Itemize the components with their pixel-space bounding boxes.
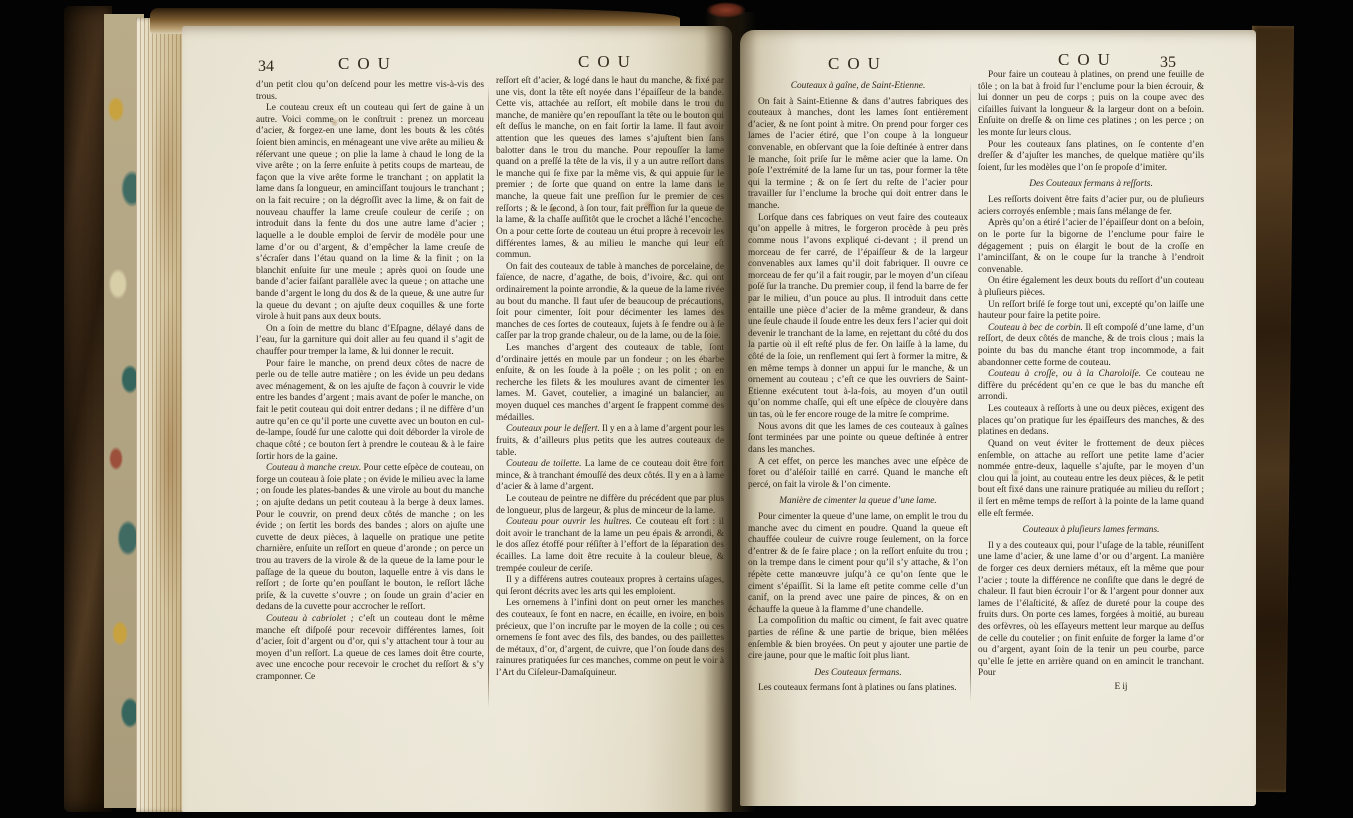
paragraph: Le couteau creux eſt un couteau qui ſert… bbox=[256, 103, 484, 324]
left-page: 34 COU COU d’un petit clou qu’on deſcend… bbox=[182, 26, 732, 812]
paragraph: Pour cimenter la queue d’une lame, on em… bbox=[748, 512, 968, 616]
text-column-3: Couteaux à gaîne, de Saint-Etienne.On fa… bbox=[748, 76, 968, 716]
paragraph: Couteau à bec de corbin. Il eſt compoſé … bbox=[978, 323, 1204, 369]
paragraph: Quand on veut éviter le frottement de de… bbox=[978, 439, 1204, 520]
paragraph: Un reſſort briſé ſe forge tout uni, exce… bbox=[978, 300, 1204, 323]
text-column-2: reſſort eſt d’acier, & logé dans le haut… bbox=[496, 76, 724, 716]
paragraph: Il y a différens autres couteaux propres… bbox=[496, 575, 724, 598]
paragraph-lead: Couteau pour ouvrir les huîtres. bbox=[506, 517, 636, 527]
text-column-1: d’un petit clou qu’on deſcend pour les m… bbox=[256, 80, 484, 716]
right-page: COU COU 35 Couteaux à gaîne, de Saint-Et… bbox=[740, 30, 1256, 806]
section-heading: Manière de cimenter la queue d’une lame. bbox=[756, 496, 960, 508]
running-title-right-col1: COU bbox=[748, 54, 968, 74]
headband bbox=[706, 2, 746, 18]
running-title-left-col2: COU bbox=[494, 52, 722, 72]
paragraph: Pour faire le manche, on prend deux côte… bbox=[256, 359, 484, 463]
paragraph: Couteau à cabriolet ; c’eſt un couteau d… bbox=[256, 614, 484, 684]
paragraph: Couteaux pour le deſſert. Il y en a à la… bbox=[496, 424, 724, 459]
column-divider-right bbox=[970, 82, 971, 702]
section-heading: Des Couteaux fermans. bbox=[756, 668, 960, 680]
section-heading: Couteaux à pluſieurs lames fermans. bbox=[986, 525, 1196, 537]
paragraph: Pour les couteaux ſans platines, on ſe c… bbox=[978, 140, 1204, 175]
paragraph: Nous avons dit que les lames de ces cout… bbox=[748, 422, 968, 457]
paragraph: On a ſoin de mettre du blanc d’Eſpagne, … bbox=[256, 324, 484, 359]
paragraph: A cet effet, on perce les manches avec u… bbox=[748, 457, 968, 492]
paragraph-lead: Couteau à croſſe, ou à la Charoloiſe. bbox=[988, 369, 1146, 379]
paragraph: Après qu’on a étiré l’acier de l’épaiſſe… bbox=[978, 218, 1204, 276]
signature-mark: E ij bbox=[978, 682, 1204, 694]
paragraph: On étire également les deux bouts du reſ… bbox=[978, 276, 1204, 299]
paragraph: On fait à Saint-Etienne & dans d’autres … bbox=[748, 97, 968, 213]
paragraph: Les manches d’argent des couteaux de tab… bbox=[496, 343, 724, 424]
paragraph-lead: Couteau à cabriolet ; bbox=[266, 614, 359, 624]
section-heading: Des Couteaux fermans à reſſorts. bbox=[986, 179, 1196, 191]
photo-of-open-book: 34 COU COU d’un petit clou qu’on deſcend… bbox=[0, 0, 1353, 818]
paragraph-lead: Couteau de toilette. bbox=[506, 459, 585, 469]
column-divider-left bbox=[488, 84, 489, 708]
paragraph: On fait des couteaux de table à manches … bbox=[496, 262, 724, 343]
section-heading: Couteaux à gaîne, de Saint-Etienne. bbox=[756, 81, 960, 93]
paragraph: reſſort eſt d’acier, & logé dans le haut… bbox=[496, 76, 724, 262]
paragraph: Les reſſorts doivent être faits d’acier … bbox=[978, 195, 1204, 218]
paragraph-lead: Couteaux pour le deſſert. bbox=[506, 424, 602, 434]
paragraph-lead: Couteau à bec de corbin. bbox=[988, 323, 1085, 333]
running-title-left-col1: COU bbox=[254, 54, 482, 74]
paragraph: Couteau à croſſe, ou à la Charoloiſe. Ce… bbox=[978, 369, 1204, 404]
paragraph: Pour faire un couteau à platines, on pre… bbox=[978, 70, 1204, 140]
paragraph: Couteau de toilette. La lame de ce coute… bbox=[496, 459, 724, 494]
paragraph: d’un petit clou qu’on deſcend pour les m… bbox=[256, 80, 484, 103]
paragraph: Il y a des couteaux qui, pour l’uſage de… bbox=[978, 541, 1204, 680]
paragraph: Les ornemens à l’infini dont on peut orn… bbox=[496, 598, 724, 679]
paragraph: Les couteaux fermans ſont à platines ou … bbox=[748, 683, 968, 695]
paragraph: Les couteaux à reſſorts à une ou deux pi… bbox=[978, 404, 1204, 439]
text-column-4: Pour faire un couteau à platines, on pre… bbox=[978, 70, 1204, 718]
paragraph: Le couteau de peintre ne diffère du préc… bbox=[496, 494, 724, 517]
paragraph: La compoſition du maſtic ou ciment, ſe f… bbox=[748, 616, 968, 662]
paragraph: Lorſque dans ces fabriques on veut faire… bbox=[748, 213, 968, 422]
paragraph-lead: Couteau à manche creux. bbox=[266, 463, 364, 473]
paragraph: Couteau pour ouvrir les huîtres. Ce cout… bbox=[496, 517, 724, 575]
paragraph: Couteau à manche creux. Pour cette eſpèc… bbox=[256, 463, 484, 614]
